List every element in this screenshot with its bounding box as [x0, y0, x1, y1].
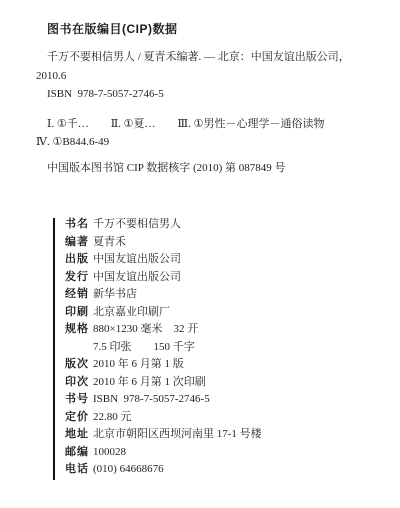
row-value: 新华书店 — [93, 286, 137, 304]
colophon-row-edition: 版次 2010 年 6 月第 1 版 — [65, 356, 383, 374]
colophon-row-seller: 经销 新华书店 — [65, 286, 383, 304]
cip-record-line-2: 2010.6 — [36, 67, 376, 86]
cip-record-isbn: ISBN 978-7-5057-2746-5 — [36, 85, 376, 104]
row-value: (010) 64668676 — [93, 461, 164, 479]
row-value: 880×1230 毫米 32 开 — [93, 321, 198, 339]
row-value: 北京市朝阳区西坝河南里 17-1 号楼 — [93, 426, 262, 444]
colophon-row-address: 地址 北京市朝阳区西坝河南里 17-1 号楼 — [65, 426, 383, 444]
row-value: 7.5 印张 150 千字 — [93, 339, 195, 357]
cip-classification-block: Ⅰ. ①千… Ⅱ. ①夏… Ⅲ. ①男性－心理学－通俗读物 Ⅳ. ①B844.6… — [36, 115, 376, 151]
row-value: 22.80 元 — [93, 409, 132, 427]
row-label: 地址 — [65, 426, 93, 444]
cip-verification-line: 中国版本图书馆 CIP 数据核字 (2010) 第 087849 号 — [47, 159, 286, 175]
colophon-row-phone: 电话 (010) 64668676 — [65, 461, 383, 479]
row-value: 中国友谊出版公司 — [93, 269, 181, 287]
row-value: ISBN 978-7-5057-2746-5 — [93, 391, 210, 409]
row-label: 编著 — [65, 234, 93, 252]
row-value: 千万不要相信男人 — [93, 216, 181, 234]
colophon-row-postcode: 邮编 100028 — [65, 444, 383, 462]
colophon-row-distributor: 发行 中国友谊出版公司 — [65, 269, 383, 287]
colophon-rows: 书名 千万不要相信男人 编著 夏青禾 出版 中国友谊出版公司 发行 中国友谊出版… — [53, 216, 383, 479]
cip-header: 图书在版编目(CIP)数据 — [47, 20, 178, 37]
row-label: 印次 — [65, 374, 93, 392]
colophon-row-isbn: 书号 ISBN 978-7-5057-2746-5 — [65, 391, 383, 409]
colophon-row-publisher: 出版 中国友谊出版公司 — [65, 251, 383, 269]
row-label: 规格 — [65, 321, 93, 339]
row-value: 100028 — [93, 444, 126, 462]
cip-classification-line-1: Ⅰ. ①千… Ⅱ. ①夏… Ⅲ. ①男性－心理学－通俗读物 — [36, 115, 376, 133]
colophon-table: 书名 千万不要相信男人 编著 夏青禾 出版 中国友谊出版公司 发行 中国友谊出版… — [53, 216, 383, 479]
row-label: 定价 — [65, 409, 93, 427]
row-label: 出版 — [65, 251, 93, 269]
row-value: 北京嘉业印刷厂 — [93, 304, 170, 322]
row-label: 书名 — [65, 216, 93, 234]
colophon-row-format: 规格 880×1230 毫米 32 开 — [65, 321, 383, 339]
row-label: 经销 — [65, 286, 93, 304]
row-label: 印刷 — [65, 304, 93, 322]
row-value: 2010 年 6 月第 1 次印刷 — [93, 374, 206, 392]
row-label: 书号 — [65, 391, 93, 409]
colophon-row-printing: 印次 2010 年 6 月第 1 次印刷 — [65, 374, 383, 392]
cip-copyright-page: 图书在版编目(CIP)数据 千万不要相信男人 / 夏青禾编著. — 北京：中国友… — [0, 0, 400, 508]
row-value: 2010 年 6 月第 1 版 — [93, 356, 184, 374]
row-value: 夏青禾 — [93, 234, 126, 252]
row-value: 中国友谊出版公司 — [93, 251, 181, 269]
row-label: 发行 — [65, 269, 93, 287]
colophon-row-format-cont: 7.5 印张 150 千字 — [65, 339, 383, 357]
row-label: 版次 — [65, 356, 93, 374]
colophon-left-rule — [53, 218, 55, 480]
colophon-row-price: 定价 22.80 元 — [65, 409, 383, 427]
cip-record-line-1: 千万不要相信男人 / 夏青禾编著. — 北京：中国友谊出版公司， — [36, 48, 376, 67]
cip-record-block: 千万不要相信男人 / 夏青禾编著. — 北京：中国友谊出版公司， 2010.6 … — [36, 48, 376, 104]
colophon-row-printer: 印刷 北京嘉业印刷厂 — [65, 304, 383, 322]
row-label: 电话 — [65, 461, 93, 479]
colophon-row-author: 编著 夏青禾 — [65, 234, 383, 252]
row-label: 邮编 — [65, 444, 93, 462]
colophon-row-title: 书名 千万不要相信男人 — [65, 216, 383, 234]
cip-classification-line-2: Ⅳ. ①B844.6-49 — [36, 133, 376, 151]
